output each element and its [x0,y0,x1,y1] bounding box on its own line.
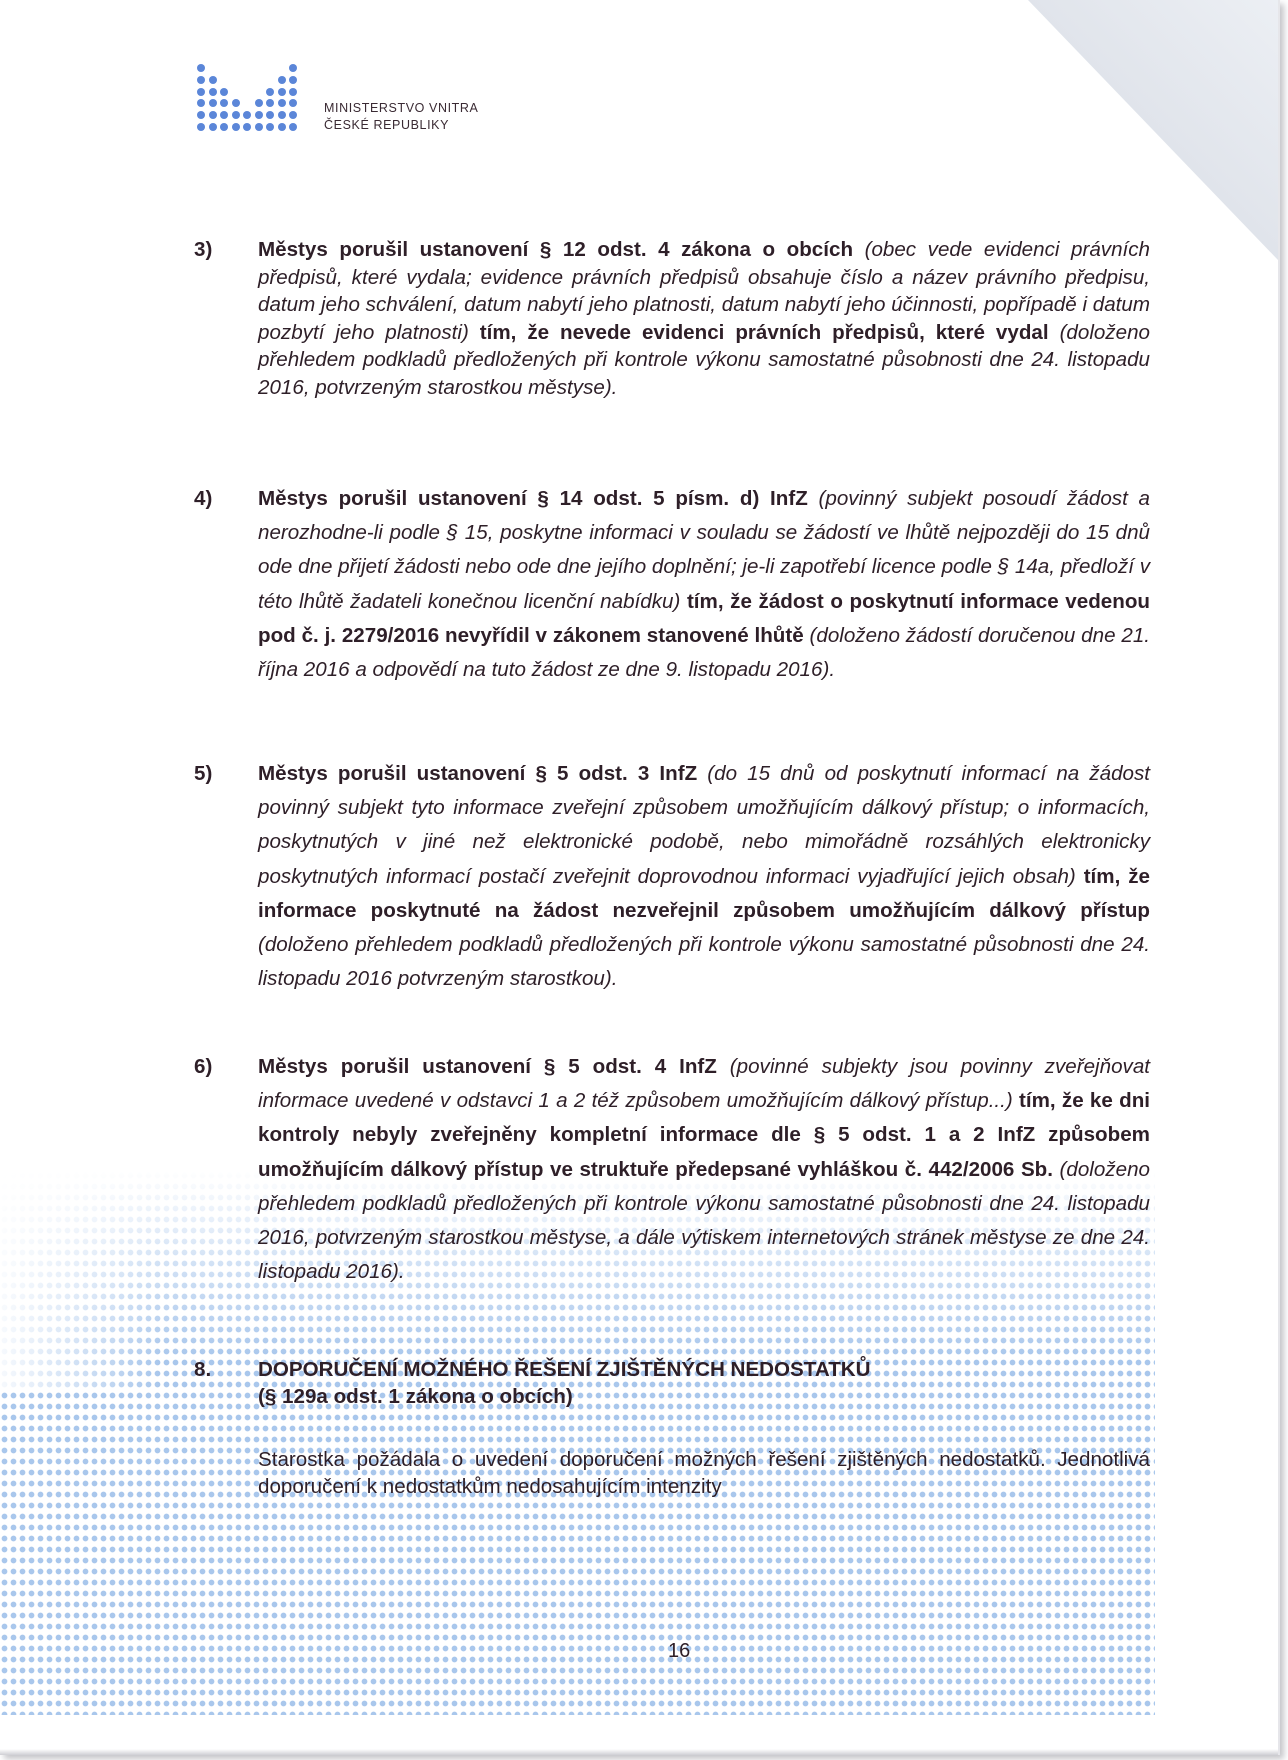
ministry-name-line2: ČESKÉ REPUBLIKY [324,117,478,134]
finding-number: 3) [194,236,212,264]
finding-statement: Městys porušil ustanovení § 12 odst. 4 z… [258,238,853,261]
ministry-logo-icon [197,64,301,136]
dot-pattern-fade [0,1170,160,1390]
page-number: 16 [668,1640,690,1663]
finding-item-6: 6) Městys porušil ustanovení § 5 odst. 4… [258,1050,1150,1289]
section-number: 8. [194,1356,211,1383]
finding-number: 5) [194,757,212,791]
folded-corner-shadow [1028,0,1278,260]
ministry-name-line1: MINISTERSTVO VNITRA [324,100,478,117]
section-title-line2: (§ 129a odst. 1 zákona o obcích) [258,1383,1150,1410]
section-8-paragraph: Starostka požádala o uvedení doporučení … [258,1446,1150,1500]
finding-item-3: 3) Městys porušil ustanovení § 12 odst. … [258,236,1150,402]
finding-statement: Městys porušil ustanovení § 5 odst. 3 In… [258,762,697,785]
finding-number: 6) [194,1050,212,1084]
finding-number: 4) [194,482,212,516]
document-page: MINISTERSTVO VNITRA ČESKÉ REPUBLIKY 3) M… [0,0,1280,1755]
finding-statement: tím, že nevede evidenci právních předpis… [480,321,1049,344]
finding-item-5: 5) Městys porušil ustanovení § 5 odst. 3… [258,757,1150,996]
finding-evidence-note: (doloženo přehledem podkladů předloženýc… [258,933,1150,990]
finding-statement: Městys porušil ustanovení § 5 odst. 4 In… [258,1055,717,1078]
ministry-name: MINISTERSTVO VNITRA ČESKÉ REPUBLIKY [324,100,478,134]
section-8-heading: 8. DOPORUČENÍ MOŽNÉHO ŘEŠENÍ ZJIŠTĚNÝCH … [258,1356,1150,1410]
finding-item-4: 4) Městys porušil ustanovení § 14 odst. … [258,482,1150,687]
section-title-line1: DOPORUČENÍ MOŽNÉHO ŘEŠENÍ ZJIŠTĚNÝCH NED… [258,1356,1150,1383]
finding-statement: Městys porušil ustanovení § 14 odst. 5 p… [258,487,808,510]
